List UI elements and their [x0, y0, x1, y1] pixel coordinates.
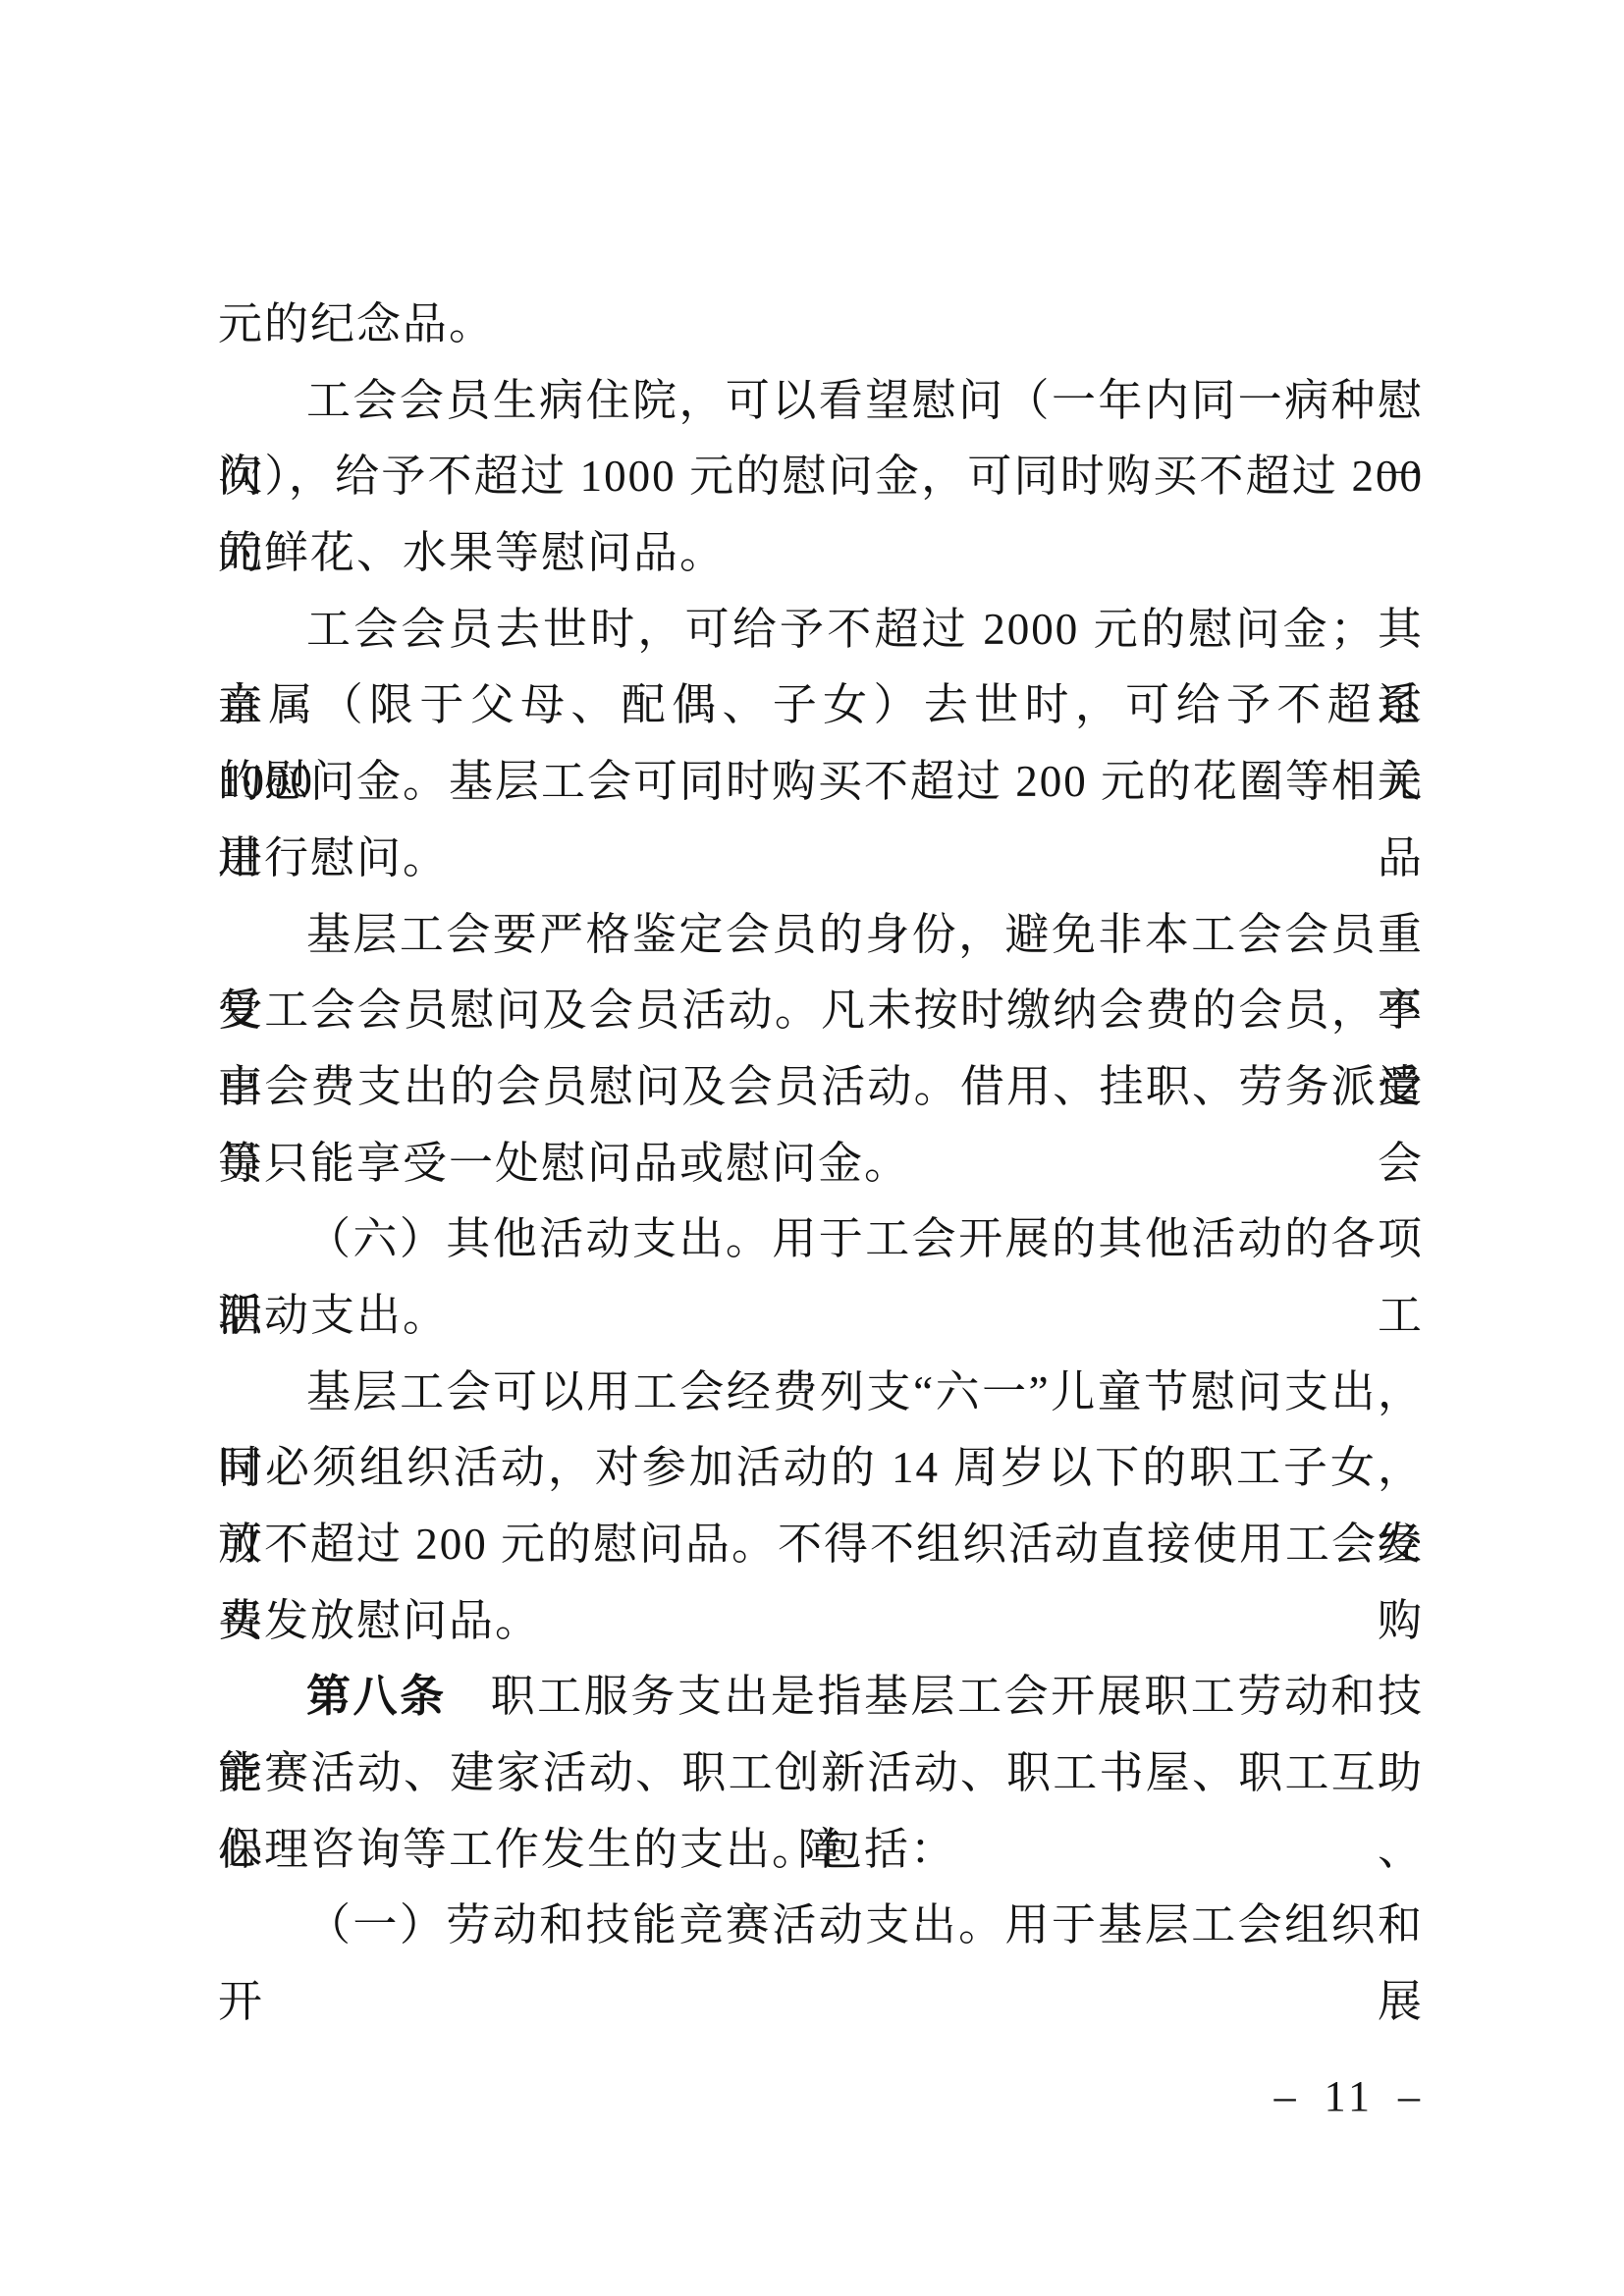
text-line-17: 放不超过 200 元的慰问品。不得不组织活动直接使用工会经费购 — [218, 1507, 1424, 1583]
text-line-13: （六）其他活动支出。用于工会开展的其他活动的各项职工 — [218, 1201, 1424, 1278]
text-block: 元的纪念品。 工会会员生病住院，可以看望慰问（一年内同一病种慰问一 次），给予不… — [218, 287, 1424, 1964]
article-number-term: 第八条 — [306, 1672, 447, 1721]
text-line-3: 次），给予不超过 1000 元的慰问金，可同时购买不超过 200 元 — [218, 439, 1424, 515]
text-line-16: 时必须组织活动，对参加活动的 14 周岁以下的职工子女，可发 — [218, 1430, 1424, 1507]
text-line-1: 元的纪念品。 — [218, 287, 1424, 363]
text-line-19: 第八条职工服务支出是指基层工会开展职工劳动和技能 — [218, 1659, 1424, 1735]
text-line-4: 的鲜花、水果等慰问品。 — [218, 515, 1424, 592]
document-page: 元的纪念品。 工会会员生病住院，可以看望慰问（一年内同一病种慰问一 次），给予不… — [0, 0, 1624, 2296]
text-line-15: 基层工会可以用工会经费列支“六一”儿童节慰问支出，同 — [218, 1355, 1424, 1431]
text-line-11: 由会费支出的会员慰问及会员活动。借用、挂职、劳务派遣等会 — [218, 1049, 1424, 1126]
text-line-22: （一）劳动和技能竞赛活动支出。用于基层工会组织和开展 — [218, 1888, 1424, 1964]
text-line-9: 基层工会要严格鉴定会员的身份，避免非本工会会员重复享 — [218, 897, 1424, 974]
text-line-20: 竞赛活动、建家活动、职工创新活动、职工书屋、职工互助保障、 — [218, 1735, 1424, 1812]
text-line-2: 工会会员生病住院，可以看望慰问（一年内同一病种慰问一 — [218, 363, 1424, 440]
page-number: – 11 – — [1274, 2073, 1424, 2120]
text-line-7: 的慰问金。基层工会可同时购买不超过 200 元的花圈等相关用品 — [218, 744, 1424, 821]
text-line-5: 工会会员去世时，可给予不超过 2000 元的慰问金；其直系 — [218, 592, 1424, 668]
text-line-6: 亲属（限于父母、配偶、子女）去世时，可给予不超过 1000 元 — [218, 667, 1424, 744]
text-line-10: 受工会会员慰问及会员活动。凡未按时缴纳会费的会员，不享受 — [218, 973, 1424, 1049]
